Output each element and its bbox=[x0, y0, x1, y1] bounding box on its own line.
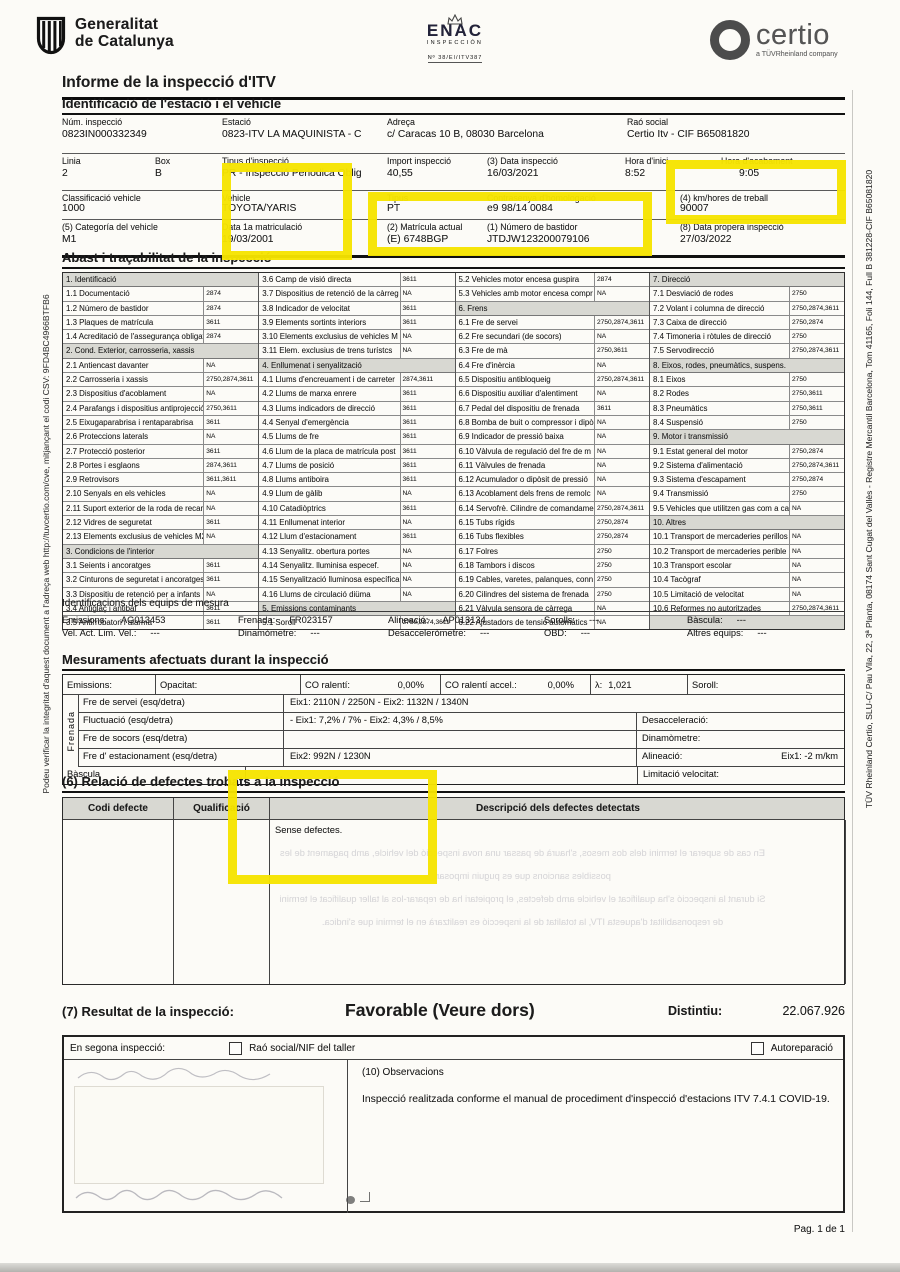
inspection-item: 2.8 Portes i esglaons2874,3611 bbox=[63, 459, 258, 473]
equipment-field: Desacceleròmetre:--- bbox=[388, 628, 544, 638]
inspection-item: 4.11 Enllumenat interiorNA bbox=[259, 516, 454, 530]
item-name: 2.10 Senyals en els vehicles bbox=[63, 487, 204, 500]
inspection-item: 2.10 Senyals en els vehiclesNA bbox=[63, 487, 258, 501]
equipment-section: Identificacions dels equips de mesura Em… bbox=[62, 598, 845, 638]
defect-code-header: Codi defecte bbox=[63, 798, 174, 819]
equipment-field: Alineació:AP013134 bbox=[388, 615, 544, 625]
inspection-item: 5.2 Vehicles motor encesa guspira2874 bbox=[456, 273, 650, 287]
item-code: NA bbox=[595, 487, 649, 500]
brake-row: Fre de servei (esq/detra)Eix1: 2110N / 2… bbox=[79, 695, 844, 713]
inspection-item: 10.3 Transport escolarNA bbox=[650, 559, 844, 573]
inspection-item: 6.5 Dispositiu antibloqueig2750,2874,361… bbox=[456, 373, 650, 387]
inspection-item: 9.3 Sistema d'escapament2750,2874 bbox=[650, 473, 844, 487]
inspection-item: 2.11 Suport exterior de la roda de recan… bbox=[63, 502, 258, 516]
item-name: 2.11 Suport exterior de la roda de recan bbox=[63, 502, 204, 515]
inspection-item: 6.10 Vàlvula de regulació del fre de mNA bbox=[456, 445, 650, 459]
field-value: 1000 bbox=[62, 203, 222, 214]
item-name: 7.4 Timoneria i ròtules de direcció bbox=[650, 330, 790, 343]
handwriting-squiggle-bottom bbox=[68, 1184, 338, 1210]
generalitat-logo-block: Generalitat de Catalunya bbox=[36, 16, 174, 61]
equipment-field: Frenada:FR023157 bbox=[238, 615, 388, 625]
item-name: 10.3 Transport escolar bbox=[650, 559, 790, 572]
item-name: 6.13 Acoblament dels frens de remolc bbox=[456, 487, 596, 500]
measurement-field: Emissions: bbox=[63, 675, 156, 694]
item-name: 2.7 Protecció posterior bbox=[63, 445, 204, 458]
scope-column: 3.6 Camp de visió directa36113.7 Disposi… bbox=[259, 273, 455, 629]
equipment-row: Emissions:AG013453Frenada:FR023157Alinea… bbox=[62, 612, 845, 625]
field-label: Núm. inspecció bbox=[62, 117, 222, 127]
inspection-item: 4.7 Llums de posició3611 bbox=[259, 459, 454, 473]
inspection-item: 3.2 Cinturons de seguretat i ancoratges3… bbox=[63, 573, 258, 587]
inspection-item: 6.12 Acumulador o dipòsit de pressióNA bbox=[456, 473, 650, 487]
measurements-table: Emissions:Opacitat:CO ralentí:0,00%CO ra… bbox=[62, 674, 845, 785]
defects-table: Codi defecte Qualificació Descripció del… bbox=[62, 797, 845, 985]
ink-blot bbox=[346, 1196, 355, 1204]
inspection-item: 3.1 Seients i ancoratges3611 bbox=[63, 559, 258, 573]
item-name: 2.5 Eixugaparabrisa i rentaparabrisa bbox=[63, 416, 204, 429]
item-code: NA bbox=[595, 330, 649, 343]
field-label: Adreça bbox=[387, 117, 627, 127]
item-name: 7.1 Desviació de rodes bbox=[650, 287, 790, 300]
scope-column: 1. Identificació1.1 Documentació28741.2 … bbox=[63, 273, 259, 629]
item-code: NA bbox=[401, 330, 455, 343]
item-name: 9.2 Sistema d'alimentació bbox=[650, 459, 790, 472]
equipment-value: --- bbox=[737, 615, 746, 625]
item-code: NA bbox=[401, 344, 455, 357]
item-code: 2874 bbox=[204, 302, 258, 315]
measurement-value: Eix1: -2 m/km bbox=[781, 751, 838, 766]
equipment-list: Emissions:AG013453Frenada:FR023157Alinea… bbox=[62, 612, 845, 638]
brake-value: - Eix1: 7,2% / 7% - Eix2: 4,3% / 8,5% bbox=[284, 713, 636, 730]
measurement-label: Dinamòmetre: bbox=[642, 733, 700, 748]
item-name: 6.1 Fre de servei bbox=[456, 316, 596, 329]
item-name: 2.12 Vidres de seguretat bbox=[63, 516, 204, 529]
item-name: 6.17 Folres bbox=[456, 545, 596, 558]
measurement-label: Alineació: bbox=[642, 751, 682, 766]
brake-rows: Fre de servei (esq/detra)Eix1: 2110N / 2… bbox=[79, 695, 844, 767]
inspection-item: 6.3 Fre de mà2750,3611 bbox=[456, 344, 650, 358]
item-code: 2750,2874 bbox=[790, 445, 844, 458]
item-name: 1.3 Plaques de matrícula bbox=[63, 316, 204, 329]
field-label: Import inspecció bbox=[387, 156, 487, 166]
field-value: M1 bbox=[62, 234, 222, 245]
item-code: 3611 bbox=[401, 302, 455, 315]
inspection-item: 6.6 Dispositiu auxiliar d'alentimentNA bbox=[456, 387, 650, 401]
inspection-item: 3.7 Dispositius de retenció de la càrreg… bbox=[259, 287, 454, 301]
certio-ring-icon bbox=[710, 20, 750, 60]
item-code: NA bbox=[790, 545, 844, 558]
station-field: Adreçac/ Caracas 10 B, 08030 Barcelona bbox=[387, 115, 627, 153]
item-name: 1.2 Número de bastidor bbox=[63, 302, 204, 315]
item-code: NA bbox=[790, 530, 844, 543]
inspection-item: 2.3 Dispositius d'acoblamentNA bbox=[63, 387, 258, 401]
item-code: 2874 bbox=[204, 287, 258, 300]
item-code: 3611 bbox=[401, 473, 455, 486]
inspection-item: 4.6 Llum de la placa de matrícula post36… bbox=[259, 445, 454, 459]
inspection-item: 3.10 Elements exclusius de vehicles MNA bbox=[259, 330, 454, 344]
item-name: 1.1 Documentació bbox=[63, 287, 204, 300]
inspection-item: 2.6 Proteccions lateralsNA bbox=[63, 430, 258, 444]
stamp-area bbox=[64, 1060, 348, 1213]
equipment-label: Frenada: bbox=[238, 615, 275, 625]
field-label: Linia bbox=[62, 156, 155, 166]
measurement-value: 0,00% bbox=[548, 680, 590, 690]
item-name: 6.12 Acumulador o dipòsit de pressió bbox=[456, 473, 596, 486]
brake-value bbox=[284, 731, 636, 748]
ghost-line: Si durant la inspecció s'ha qualificat e… bbox=[213, 894, 832, 904]
item-name: 4.2 Llums de marxa enrere bbox=[259, 387, 400, 400]
item-name: 4.14 Senyalitz. lluminisa especef. bbox=[259, 559, 400, 572]
inspection-item: 6.11 Vàlvules de frenadaNA bbox=[456, 459, 650, 473]
item-code: 2750,3611 bbox=[790, 387, 844, 400]
second-inspection-label: En segona inspecció: bbox=[70, 1043, 165, 1054]
item-code: NA bbox=[790, 573, 844, 586]
item-code: 3611 bbox=[401, 316, 455, 329]
item-code: NA bbox=[595, 430, 649, 443]
item-name: 2.6 Proteccions laterals bbox=[63, 430, 204, 443]
item-name: 6.10 Vàlvula de regulació del fre de m bbox=[456, 445, 596, 458]
inspection-item: 1.4 Acreditació de l'assegurança obligat… bbox=[63, 330, 258, 344]
item-code: NA bbox=[401, 559, 455, 572]
item-name: 6.6 Dispositiu auxiliar d'alentiment bbox=[456, 387, 596, 400]
equipment-label: Bàscula: bbox=[687, 615, 723, 625]
equipment-value: --- bbox=[757, 628, 766, 638]
faint-stamp-rectangle bbox=[74, 1086, 324, 1184]
item-name: 2.4 Parafangs i dispositius antiprojecci… bbox=[63, 402, 204, 415]
item-name: 6.8 Bomba de buit o compressor i dipò bbox=[456, 416, 596, 429]
measurement-field: Soroll: bbox=[688, 675, 846, 694]
item-name: 6.16 Tubs flexibles bbox=[456, 530, 596, 543]
defects-table-header: Codi defecte Qualificació Descripció del… bbox=[63, 798, 844, 820]
item-name: 2.1 Antiencast davanter bbox=[63, 359, 204, 372]
inspection-section-header: 4. Enllumenat i senyalització bbox=[259, 359, 454, 373]
station-field: Estació0823-ITV LA MAQUINISTA - C bbox=[222, 115, 387, 153]
equipment-value: --- bbox=[480, 628, 489, 638]
inspection-item: 6.13 Acoblament dels frens de remolcNA bbox=[456, 487, 650, 501]
inspection-item: 4.4 Senyal d'emergència3611 bbox=[259, 416, 454, 430]
taller-checkbox bbox=[229, 1042, 242, 1055]
item-name: 2.13 Elements exclusius de vehicles M2 bbox=[63, 530, 204, 543]
item-name: 10.4 Tacògraf bbox=[650, 573, 790, 586]
item-code: NA bbox=[790, 502, 844, 515]
station-field: (3) Data inspecció16/03/2021 bbox=[487, 154, 625, 190]
measurement-field: CO ralentí:0,00% bbox=[301, 675, 441, 694]
defects-table-body: Sense defectes. En cas de superar el ter… bbox=[63, 820, 844, 984]
item-code: NA bbox=[595, 287, 649, 300]
inspection-section-header: 10. Altres bbox=[650, 516, 844, 530]
inspection-item: 7.2 Volant i columna de direcció2750,287… bbox=[650, 302, 844, 316]
inspection-item: 2.7 Protecció posterior3611 bbox=[63, 445, 258, 459]
item-name: 6.4 Fre d'inèrcia bbox=[456, 359, 596, 372]
item-name: 4.9 Llum de gàlib bbox=[259, 487, 400, 500]
item-name: 5.2 Vehicles motor encesa guspira bbox=[456, 273, 596, 286]
measurement-label: Desacceleració: bbox=[642, 715, 708, 730]
inspection-item: 2.2 Carrosseria i xassis2750,2874,3611 bbox=[63, 373, 258, 387]
brake-vertical-label: Frenada bbox=[63, 695, 79, 767]
field-value: B bbox=[155, 168, 222, 179]
equipment-label: Emissions: bbox=[62, 615, 107, 625]
measurement-label: Soroll: bbox=[692, 680, 718, 690]
equipment-label: Dinamòmetre: bbox=[238, 628, 296, 638]
item-code: 3611 bbox=[401, 402, 455, 415]
item-name: 4.15 Senyalització lluminosa específica bbox=[259, 573, 400, 586]
item-name: 3.6 Camp de visió directa bbox=[259, 273, 400, 286]
inspection-item: 6.1 Fre de servei2750,2874,3611 bbox=[456, 316, 650, 330]
brake-value: Eix2: 992N / 1230N bbox=[284, 749, 636, 766]
scan-bottom-band bbox=[0, 1263, 900, 1272]
measurement-field: Opacitat: bbox=[156, 675, 301, 694]
brake-label: Fre de socors (esq/detra) bbox=[79, 731, 284, 748]
generalitat-line1: Generalitat bbox=[75, 16, 174, 33]
inspection-item: 4.10 Catadiòptrics3611 bbox=[259, 502, 454, 516]
highlight-box-km bbox=[666, 160, 846, 224]
item-name: 8.2 Rodes bbox=[650, 387, 790, 400]
inspection-item: 9.1 Estat general del motor2750,2874 bbox=[650, 445, 844, 459]
item-name: 3.8 Indicador de velocitat bbox=[259, 302, 400, 315]
item-name: 2.3 Dispositius d'acoblament bbox=[63, 387, 204, 400]
brake-row: Fre de socors (esq/detra)Dinamòmetre: bbox=[79, 731, 844, 749]
inspection-item: 2.13 Elements exclusius de vehicles M2NA bbox=[63, 530, 258, 544]
item-code: NA bbox=[401, 487, 455, 500]
equipment-field: Vel. Act. Lim. Vel.:--- bbox=[62, 628, 238, 638]
item-name: 6.14 Servofrè. Cilindre de comandame bbox=[456, 502, 596, 515]
highlight-box-vehicle bbox=[222, 163, 352, 260]
item-code: NA bbox=[204, 387, 258, 400]
item-name: 9.4 Transmissió bbox=[650, 487, 790, 500]
equipment-label: Alineació: bbox=[388, 615, 428, 625]
second-inspection-box: En segona inspecció: Raó social/NIF del … bbox=[62, 1035, 845, 1213]
inspection-item: 4.5 Llums de fre3611 bbox=[259, 430, 454, 444]
inspection-item: 6.16 Tubs flexibles2750,2874 bbox=[456, 530, 650, 544]
enac-wordmark: ENAC bbox=[400, 23, 510, 38]
field-value: 0823-ITV LA MAQUINISTA - C bbox=[222, 129, 387, 140]
equipment-section-title: Identificacions dels equips de mesura bbox=[62, 598, 845, 612]
enac-accreditation-number: Nº 38/EI/ITV387 bbox=[428, 55, 483, 63]
equipment-label: OBD: bbox=[544, 628, 567, 638]
item-name: 4.12 Llum d'estacionament bbox=[259, 530, 400, 543]
certio-logo-block: certio a TÜVRheinland company bbox=[710, 20, 838, 60]
handwriting-squiggle-top bbox=[68, 1062, 338, 1086]
item-code: NA bbox=[790, 559, 844, 572]
inspection-item: 2.1 Antiencast davanterNA bbox=[63, 359, 258, 373]
equipment-value: --- bbox=[589, 615, 598, 625]
item-code: 3611 bbox=[401, 502, 455, 515]
field-label: Estació bbox=[222, 117, 387, 127]
item-code: 3611 bbox=[401, 416, 455, 429]
generalitat-shield-icon bbox=[36, 16, 66, 61]
brake-right-cell: Alineació:Eix1: -2 m/km bbox=[636, 749, 844, 766]
item-code: 2750 bbox=[790, 487, 844, 500]
csv-verification-note: Podeu verificar la integritat d'aquest d… bbox=[41, 124, 51, 964]
field-value: 16/03/2021 bbox=[487, 168, 625, 179]
scan-edge-line bbox=[852, 90, 853, 1232]
item-name: 6.5 Dispositiu antibloqueig bbox=[456, 373, 596, 386]
item-name: 7.2 Volant i columna de direcció bbox=[650, 302, 790, 315]
inspection-item: 6.14 Servofrè. Cilindre de comandame2750… bbox=[456, 502, 650, 516]
inspection-scope-table: 1. Identificació1.1 Documentació28741.2 … bbox=[62, 272, 845, 630]
inspection-item: 10.1 Transport de mercaderies perillosNA bbox=[650, 530, 844, 544]
item-code: 2750 bbox=[790, 416, 844, 429]
item-name: 4.4 Senyal d'emergència bbox=[259, 416, 400, 429]
equipment-label: Vel. Act. Lim. Vel.: bbox=[62, 628, 136, 638]
inspection-item: 7.3 Caixa de direcció2750,2874 bbox=[650, 316, 844, 330]
defects-section: (6) Relació de defectes trobats a la ins… bbox=[62, 774, 845, 985]
inspection-item: 1.3 Plaques de matrícula3611 bbox=[63, 316, 258, 330]
inspection-item: 6.9 Indicador de pressió baixaNA bbox=[456, 430, 650, 444]
brake-value: Eix1: 2110N / 2250N - Eix2: 1132N / 1340… bbox=[284, 695, 844, 712]
inspection-item: 8.3 Pneumàtics2750,3611 bbox=[650, 402, 844, 416]
brake-vertical-label-text: Frenada bbox=[66, 711, 76, 752]
inspection-item: 3.6 Camp de visió directa3611 bbox=[259, 273, 454, 287]
brake-block: Frenada Fre de servei (esq/detra)Eix1: 2… bbox=[63, 695, 844, 767]
item-name: 4.5 Llums de fre bbox=[259, 430, 400, 443]
certio-wordmark: certio bbox=[756, 20, 838, 50]
item-name: 6.19 Cables, varetes, palanques, conn bbox=[456, 573, 596, 586]
item-code: NA bbox=[595, 359, 649, 372]
item-name: 4.11 Enllumenat interior bbox=[259, 516, 400, 529]
brake-label: Fluctuació (esq/detra) bbox=[79, 713, 284, 730]
inspection-item: 6.8 Bomba de buit o compressor i dipòNA bbox=[456, 416, 650, 430]
brake-label: Fre d' estacionament (esq/detra) bbox=[79, 749, 284, 766]
enac-subtitle: INSPECCIÓN bbox=[400, 40, 510, 46]
item-name: 5.3 Vehicles amb motor encesa compr bbox=[456, 287, 596, 300]
inspection-item: 8.2 Rodes2750,3611 bbox=[650, 387, 844, 401]
inspection-item: 10.4 TacògrafNA bbox=[650, 573, 844, 587]
inspection-item: 4.13 Senyalitz. obertura portesNA bbox=[259, 545, 454, 559]
item-code: NA bbox=[401, 545, 455, 558]
inspection-item: 4.8 Llums antiboira3611 bbox=[259, 473, 454, 487]
item-code: 2750 bbox=[595, 545, 649, 558]
inspection-item: 6.15 Tubs rígids2750,2874 bbox=[456, 516, 650, 530]
item-code: 3611 bbox=[204, 516, 258, 529]
equipment-field: Bàscula:--- bbox=[687, 615, 845, 625]
inspection-section-header: 9. Motor i transmissió bbox=[650, 430, 844, 444]
equipment-field: Sorolls:--- bbox=[544, 615, 687, 625]
observations-text: Inspecció realitzada conforme el manual … bbox=[362, 1094, 833, 1105]
equipment-value: AP013134 bbox=[442, 615, 485, 625]
inspection-section-header: 1. Identificació bbox=[63, 273, 258, 287]
scanned-itv-report: Generalitat de Catalunya ENAC INSPECCIÓN… bbox=[0, 0, 900, 1272]
defect-code-cell bbox=[63, 820, 174, 984]
item-name: 8.3 Pneumàtics bbox=[650, 402, 790, 415]
item-code: NA bbox=[595, 459, 649, 472]
result-value: Favorable (Veure dors) bbox=[345, 1000, 535, 1021]
inspection-item: 7.4 Timoneria i ròtules de direcció2750 bbox=[650, 330, 844, 344]
field-value: c/ Caracas 10 B, 08030 Barcelona bbox=[387, 129, 627, 140]
item-name: 4.3 Llums indicadors de direcció bbox=[259, 402, 400, 415]
item-code: 2750,3611 bbox=[790, 402, 844, 415]
station-field: BoxB bbox=[155, 154, 222, 190]
item-name: 1.4 Acreditació de l'assegurança obligat bbox=[63, 330, 204, 343]
item-code: 2750 bbox=[595, 559, 649, 572]
item-name: 10.2 Transport de mercaderies perible bbox=[650, 545, 790, 558]
scope-section: Abast i traçabilitat de la inspecció 1. … bbox=[62, 250, 845, 630]
field-label: (3) Data inspecció bbox=[487, 156, 625, 166]
field-value: Certio Itv - CIF B65081820 bbox=[627, 129, 845, 140]
highlight-box-defects bbox=[228, 770, 437, 884]
page-number: Pag. 1 de 1 bbox=[62, 1224, 845, 1235]
measurement-label: Emissions: bbox=[67, 680, 112, 690]
brake-right-cell: Desacceleració: bbox=[636, 713, 844, 730]
inspection-item: 6.2 Fre secundari (de socors)NA bbox=[456, 330, 650, 344]
inspection-item: 9.2 Sistema d'alimentació2750,2874,3611 bbox=[650, 459, 844, 473]
equipment-value: AG013453 bbox=[121, 615, 165, 625]
inspection-item: 9.4 Transmissió2750 bbox=[650, 487, 844, 501]
inspection-item: 6.18 Tambors i discos2750 bbox=[456, 559, 650, 573]
inspection-item: 4.9 Llum de gàlibNA bbox=[259, 487, 454, 501]
company-registry-note: TÜV Rheinland Certio, SLU-C/ Pau Vila, 2… bbox=[864, 79, 874, 899]
item-name: 2.9 Retrovisors bbox=[63, 473, 204, 486]
inspection-section-header: 6. Frens bbox=[456, 302, 650, 316]
equipment-field: OBD:--- bbox=[544, 628, 687, 638]
item-code: NA bbox=[204, 530, 258, 543]
inspection-item: 1.1 Documentació2874 bbox=[63, 287, 258, 301]
inspection-item: 2.9 Retrovisors3611,3611 bbox=[63, 473, 258, 487]
item-name: 3.1 Seients i ancoratges bbox=[63, 559, 204, 572]
item-name: 4.6 Llum de la placa de matrícula post bbox=[259, 445, 400, 458]
item-code: 2750 bbox=[790, 287, 844, 300]
measurement-field: λ:1,021 bbox=[591, 675, 688, 694]
item-name: 4.1 Llums d'encreuament i de carreter bbox=[259, 373, 400, 386]
item-code: 3611 bbox=[401, 445, 455, 458]
item-name: 9.5 Vehicles que utilitzen gas com a ca bbox=[650, 502, 790, 515]
item-name: 6.11 Vàlvules de frenada bbox=[456, 459, 596, 472]
corner-mark bbox=[360, 1192, 370, 1202]
autoreparacio-checkbox-label: Autoreparació bbox=[771, 1043, 833, 1054]
field-label: Raó social bbox=[627, 117, 845, 127]
item-code: NA bbox=[401, 573, 455, 586]
inspection-item: 4.12 Llum d'estacionament3611 bbox=[259, 530, 454, 544]
item-name: 4.13 Senyalitz. obertura portes bbox=[259, 545, 400, 558]
equipment-row: Vel. Act. Lim. Vel.:---Dinamòmetre:---De… bbox=[62, 625, 845, 638]
inspection-item: 3.8 Indicador de velocitat3611 bbox=[259, 302, 454, 316]
item-name: 8.1 Eixos bbox=[650, 373, 790, 386]
item-code: 3611 bbox=[401, 530, 455, 543]
item-code: 2750,2874,3611 bbox=[595, 373, 649, 386]
measurement-label: Opacitat: bbox=[160, 680, 197, 690]
inspection-item: 4.14 Senyalitz. lluminisa especef.NA bbox=[259, 559, 454, 573]
item-code: 3611 bbox=[401, 387, 455, 400]
enac-logo-block: ENAC INSPECCIÓN Nº 38/EI/ITV387 bbox=[400, 12, 510, 64]
inspection-item: 2.5 Eixugaparabrisa i rentaparabrisa3611 bbox=[63, 416, 258, 430]
sticker-number: 22.067.926 bbox=[782, 1004, 845, 1018]
observations-cell: (10) Observacions Inspecció realitzada c… bbox=[348, 1060, 843, 1213]
item-name: 4.7 Llums de posició bbox=[259, 459, 400, 472]
item-name: 6.9 Indicador de pressió baixa bbox=[456, 430, 596, 443]
measurement-value: 0,00% bbox=[398, 680, 440, 690]
item-name: 6.15 Tubs rígids bbox=[456, 516, 596, 529]
item-name: 3.9 Elements sortints interiors bbox=[259, 316, 400, 329]
equipment-value: --- bbox=[310, 628, 319, 638]
result-section: (7) Resultat de la inspecció: Favorable … bbox=[62, 1000, 845, 1026]
inspection-item: 9.5 Vehicles que utilitzen gas com a caN… bbox=[650, 502, 844, 516]
item-code: 2874 bbox=[595, 273, 649, 286]
taller-checkbox-label: Raó social/NIF del taller bbox=[249, 1043, 355, 1054]
item-code: NA bbox=[204, 487, 258, 500]
item-code: 2750,2874,3611 bbox=[790, 459, 844, 472]
measurements-section-title: Mesuraments afectuats durant la inspecci… bbox=[62, 652, 845, 671]
item-code: 3611 bbox=[401, 459, 455, 472]
emissions-row: Emissions:Opacitat:CO ralentí:0,00%CO ra… bbox=[63, 675, 844, 695]
inspection-item: 4.2 Llums de marxa enrere3611 bbox=[259, 387, 454, 401]
item-code: NA bbox=[401, 287, 455, 300]
item-code: 2750,2874,3611 bbox=[790, 344, 844, 357]
inspection-item: 2.12 Vidres de seguretat3611 bbox=[63, 516, 258, 530]
equipment-label: Altres equips: bbox=[687, 628, 743, 638]
item-code: 2750,2874 bbox=[790, 316, 844, 329]
item-code: 3611 bbox=[401, 430, 455, 443]
inspection-section-header: 3. Condicions de l'interior bbox=[63, 545, 258, 559]
